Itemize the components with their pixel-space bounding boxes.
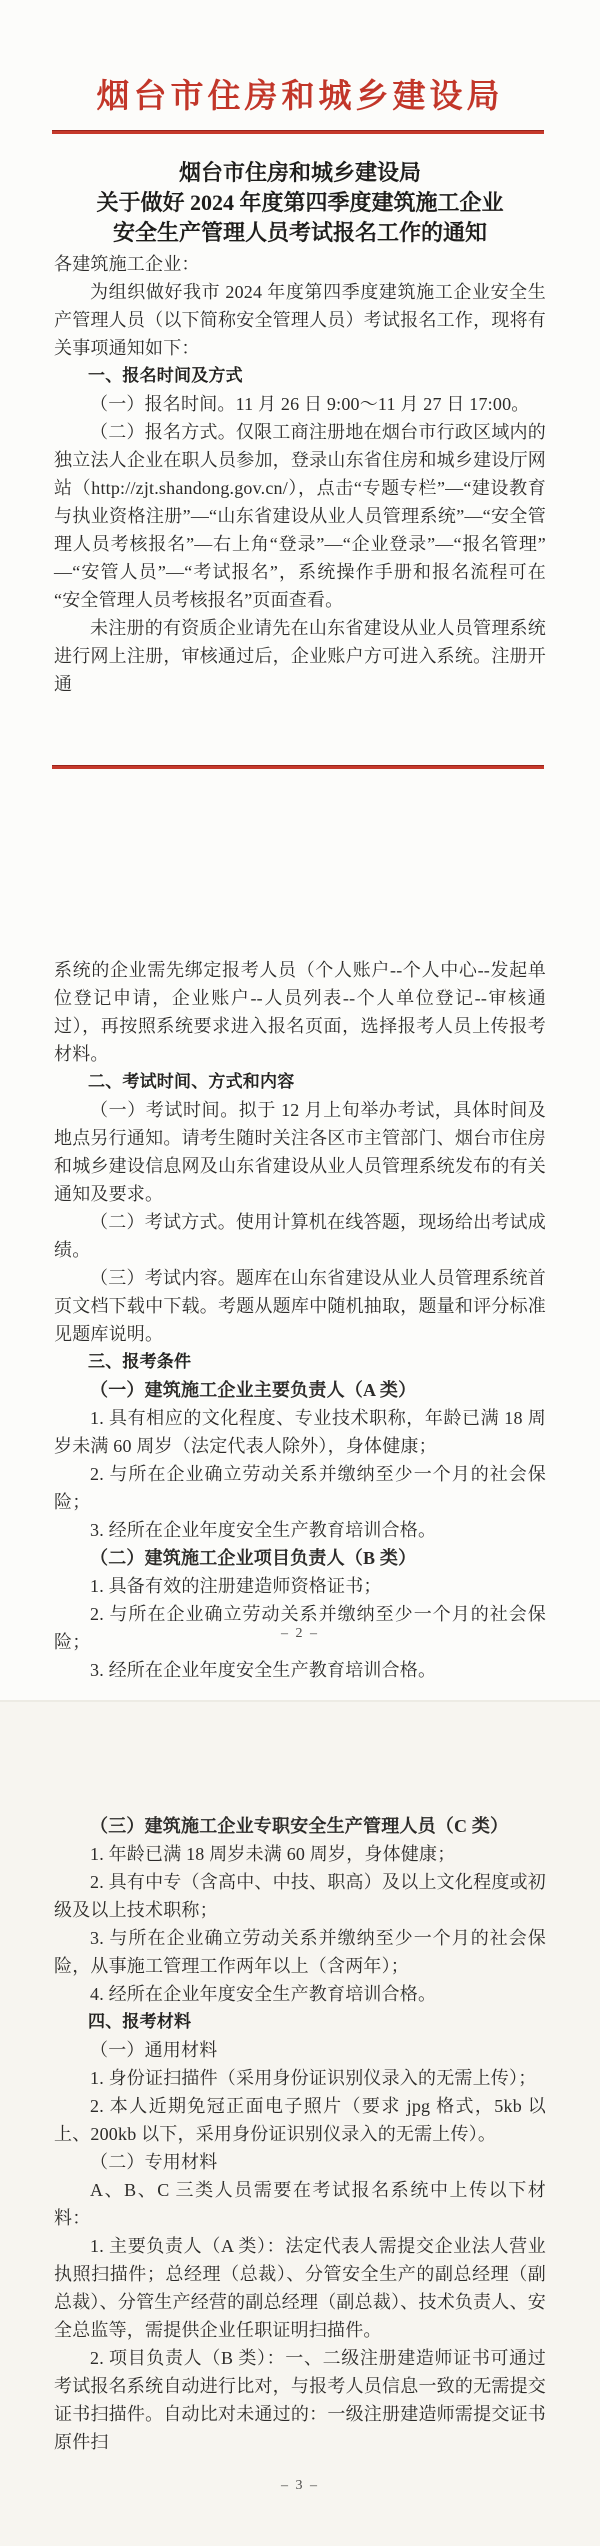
paragraph: 2. 项目负责人（B 类）：一、二级注册建造师证书可通过考试报名系统自动进行比对… bbox=[54, 2344, 546, 2456]
paragraph: （二）报名方式。仅限工商注册地在烟台市行政区域内的独立法人企业在职人员参加，登录… bbox=[54, 418, 546, 614]
paragraph: 为组织做好我市 2024 年度第四季度建筑施工企业安全生产管理人员（以下简称安全… bbox=[54, 278, 546, 362]
paragraph: A、B、C 三类人员需要在考试报名系统中上传以下材料： bbox=[54, 2176, 546, 2232]
section-heading: 四、报考材料 bbox=[54, 2008, 546, 2036]
page-1-text-column: 各建筑施工企业：为组织做好我市 2024 年度第四季度建筑施工企业安全生产管理人… bbox=[54, 250, 546, 698]
document-title-line-1: 烟台市住房和城乡建设局 bbox=[0, 158, 600, 188]
sub-heading: （三）建筑施工企业专职安全生产管理人员（C 类） bbox=[54, 1812, 546, 1840]
page-number-3: – 3 – bbox=[0, 2478, 600, 2494]
letterhead-agency-name: 烟台市住房和城乡建设局 bbox=[0, 70, 600, 117]
paragraph: 1. 具有相应的文化程度、专业技术职称，年龄已满 18 周岁未满 60 周岁（法… bbox=[54, 1404, 546, 1460]
page-break-red-rule bbox=[52, 765, 544, 769]
letterhead-red-rule bbox=[52, 130, 544, 134]
page-2-text-column: 系统的企业需先绑定报考人员（个人账户--个人中心--发起单位登记申请，企业账户-… bbox=[54, 956, 546, 1684]
paragraph: （一）考试时间。拟于 12 月上旬举办考试，具体时间及地点另行通知。请考生随时关… bbox=[54, 1096, 546, 1208]
scanned-document: 烟台市住房和城乡建设局 烟台市住房和城乡建设局 关于做好 2024 年度第四季度… bbox=[0, 0, 600, 2546]
paragraph: 1. 具备有效的注册建造师资格证书； bbox=[54, 1572, 546, 1600]
sub-heading: （一）通用材料 bbox=[54, 2036, 546, 2064]
paragraph: 1. 身份证扫描件（采用身份证识别仪录入的无需上传）； bbox=[54, 2064, 546, 2092]
document-title-line-2: 关于做好 2024 年度第四季度建筑施工企业 bbox=[0, 188, 600, 218]
salutation: 各建筑施工企业： bbox=[54, 250, 546, 278]
paragraph: （一）报名时间。11 月 26 日 9:00～11 月 27 日 17:00。 bbox=[54, 390, 546, 418]
paragraph: 2. 具有中专（含高中、中技、职高）及以上文化程度或初级及以上技术职称； bbox=[54, 1868, 546, 1924]
paragraph: 1. 年龄已满 18 周岁未满 60 周岁，身体健康； bbox=[54, 1840, 546, 1868]
paragraph: 3. 与所在企业确立劳动关系并缴纳至少一个月的社会保险，从事施工管理工作两年以上… bbox=[54, 1924, 546, 1980]
sub-heading: （一）建筑施工企业主要负责人（A 类） bbox=[54, 1376, 546, 1404]
document-title-line-3: 安全生产管理人员考试报名工作的通知 bbox=[0, 218, 600, 248]
section-heading: 一、报名时间及方式 bbox=[54, 362, 546, 390]
sub-heading: （二）专用材料 bbox=[54, 2148, 546, 2176]
paragraph: 2. 本人近期免冠正面电子照片（要求 jpg 格式，5kb 以上、200kb 以… bbox=[54, 2092, 546, 2148]
paragraph: 1. 主要负责人（A 类）：法定代表人需提交企业法人营业执照扫描件；总经理（总裁… bbox=[54, 2232, 546, 2344]
page-number-2: – 2 – bbox=[0, 1626, 600, 1642]
paragraph: 3. 经所在企业年度安全生产教育培训合格。 bbox=[54, 1516, 546, 1544]
page-3-text-column: （三）建筑施工企业专职安全生产管理人员（C 类）1. 年龄已满 18 周岁未满 … bbox=[54, 1812, 546, 2456]
section-heading: 三、报考条件 bbox=[54, 1348, 546, 1376]
sub-heading: （二）建筑施工企业项目负责人（B 类） bbox=[54, 1544, 546, 1572]
paragraph: （三）考试内容。题库在山东省建设从业人员管理系统首页文档下载中下载。考题从题库中… bbox=[54, 1264, 546, 1348]
document-title: 烟台市住房和城乡建设局 关于做好 2024 年度第四季度建筑施工企业 安全生产管… bbox=[0, 158, 600, 248]
paragraph: 系统的企业需先绑定报考人员（个人账户--个人中心--发起单位登记申请，企业账户-… bbox=[54, 956, 546, 1068]
section-heading: 二、考试时间、方式和内容 bbox=[54, 1068, 546, 1096]
paragraph: （二）考试方式。使用计算机在线答题，现场给出考试成绩。 bbox=[54, 1208, 546, 1264]
paragraph: 4. 经所在企业年度安全生产教育培训合格。 bbox=[54, 1980, 546, 2008]
paragraph: 2. 与所在企业确立劳动关系并缴纳至少一个月的社会保险； bbox=[54, 1460, 546, 1516]
paragraph: 3. 经所在企业年度安全生产教育培训合格。 bbox=[54, 1656, 546, 1684]
paragraph: 未注册的有资质企业请先在山东省建设从业人员管理系统进行网上注册，审核通过后，企业… bbox=[54, 614, 546, 698]
